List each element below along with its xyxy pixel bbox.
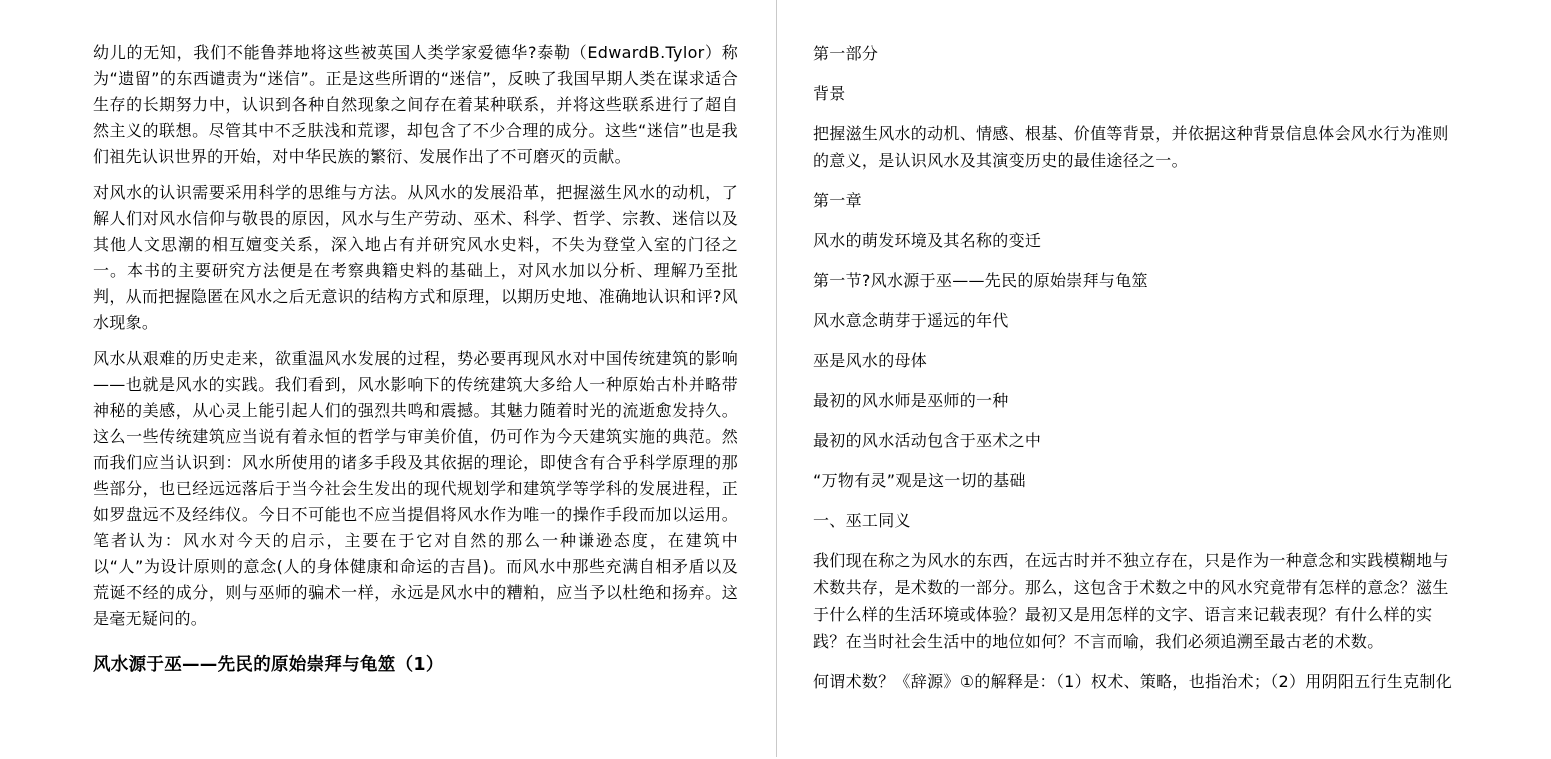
section-heading: 风水源于巫——先民的原始崇拜与龟筮（1） bbox=[93, 654, 738, 676]
paragraph: 幼儿的无知，我们不能鲁莽地将这些被英国人类学家爱德华?泰勒（EdwardB.Ty… bbox=[93, 40, 738, 170]
subtopic-line: 最初的风水师是巫师的一种 bbox=[813, 387, 1461, 414]
document-viewer: 幼儿的无知，我们不能鲁莽地将这些被英国人类学家爱德华?泰勒（EdwardB.Ty… bbox=[0, 0, 1551, 759]
page-right: 第一部分 背景 把握滋生风水的动机、情感、根基、价值等背景，并依据这种背景信息体… bbox=[813, 40, 1461, 708]
paragraph: 把握滋生风水的动机、情感、根基、价值等背景，并依据这种背景信息体会风水行为准则的… bbox=[813, 120, 1461, 174]
paragraph: 风水从艰难的历史走来，欲重温风水发展的过程，势必要再现风水对中国传统建筑的影响—… bbox=[93, 346, 738, 632]
subtopic-line: 巫是风水的母体 bbox=[813, 347, 1461, 374]
part-number-heading: 第一部分 bbox=[813, 40, 1461, 67]
background-label: 背景 bbox=[813, 80, 1461, 107]
paragraph: 我们现在称之为风水的东西，在远古时并不独立存在，只是作为一种意念和实践模糊地与术… bbox=[813, 547, 1461, 655]
paragraph: 何谓术数？《辞源》①的解释是：（1）权术、策略，也指治术；（2）用阴阳五行生克制… bbox=[813, 668, 1461, 695]
section-title: 第一节?风水源于巫——先民的原始崇拜与龟筮 bbox=[813, 267, 1461, 294]
chapter-number-heading: 第一章 bbox=[813, 187, 1461, 214]
page-left: 幼儿的无知，我们不能鲁莽地将这些被英国人类学家爱德华?泰勒（EdwardB.Ty… bbox=[93, 40, 738, 676]
subtopic-line: “万物有灵”观是这一切的基础 bbox=[813, 467, 1461, 494]
paragraph: 对风水的认识需要采用科学的思维与方法。从风水的发展沿革，把握滋生风水的动机，了解… bbox=[93, 180, 738, 336]
subsection-heading: 一、巫工同义 bbox=[813, 507, 1461, 534]
subtopic-line: 风水意念萌芽于遥远的年代 bbox=[813, 307, 1461, 334]
subtopic-line: 最初的风水活动包含于巫术之中 bbox=[813, 427, 1461, 454]
page-divider bbox=[776, 0, 777, 757]
chapter-title: 风水的萌发环境及其名称的变迁 bbox=[813, 227, 1461, 254]
